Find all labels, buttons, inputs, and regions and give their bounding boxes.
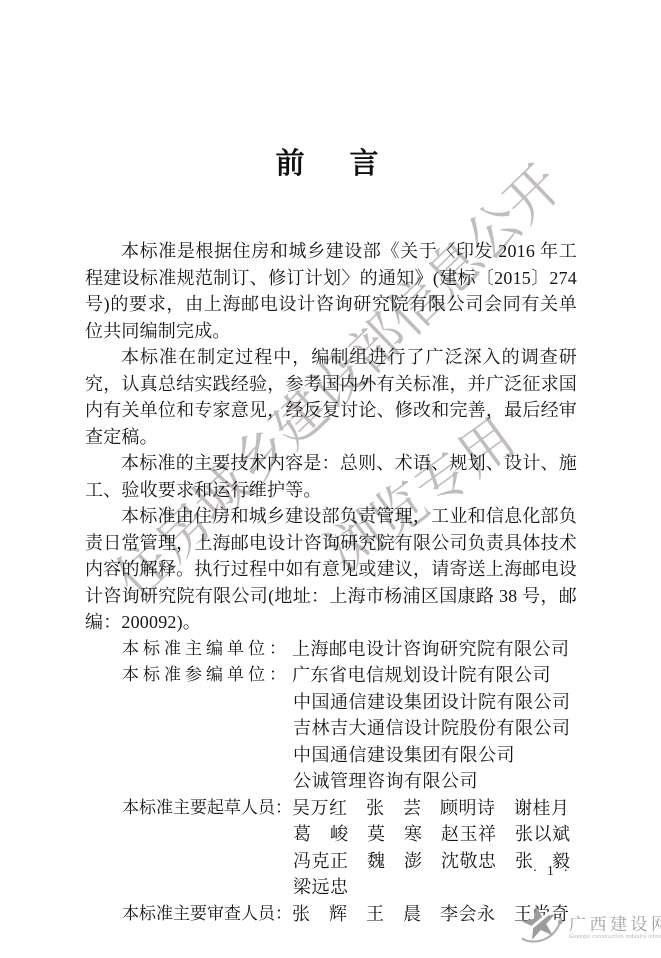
logo-text-block: 广西建设网 Guangxi construction industry info… (569, 915, 661, 941)
page-number: · 1 · (533, 864, 571, 880)
drafters-names-row: 葛 峻 莫 寒 赵玉祥 张以斌 (85, 821, 577, 848)
co-editor-extra-row: 公诚管理咨询有限公司 (85, 768, 577, 795)
foreword-paragraph-1: 本标准是根据住房和城乡建设部《关于〈印发 2016 年工程建设标准规范制订、修订… (85, 238, 577, 344)
co-editor-value: 广东省电信规划设计院有限公司 (292, 662, 551, 689)
page-content: 前 言 本标准是根据住房和城乡建设部《关于〈印发 2016 年工程建设标准规范制… (85, 148, 577, 927)
reviewers-row: 本标准主要审查人员： 张 辉 王 晨 李会永 王尚奇 (85, 901, 577, 928)
co-editor-extra-row: 中国通信建设集团设计院有限公司 (85, 689, 577, 716)
document-page: 住房城乡建设部信息公开 浏览专用 前 言 本标准是根据住房和城乡建设部《关于〈印… (0, 0, 661, 958)
drafters-row: 本标准主要起草人员： 吴万红 张 芸 顾明诗 谢桂月 (85, 795, 577, 822)
chief-editor-row: 本标准主编单位： 上海邮电设计咨询研究院有限公司 (85, 636, 577, 663)
drafters-label: 本标准主要起草人员： (122, 795, 292, 822)
co-editor-extra-row: 中国通信建设集团有限公司 (85, 742, 577, 769)
star-swoosh-icon (518, 901, 564, 952)
chief-editor-label: 本标准主编单位： (122, 636, 292, 663)
drafters-names-row: 冯克正 魏 澎 沈敬忠 张 毅 (85, 848, 577, 875)
site-logo: 广西建设网 Guangxi construction industry info… (518, 901, 661, 952)
co-editor-row: 本标准参编单位： 广东省电信规划设计院有限公司 (85, 662, 577, 689)
co-editor-extra-row: 吉林吉大通信设计院股份有限公司 (85, 715, 577, 742)
foreword-paragraph-2: 本标准在制定过程中，编制组进行了广泛深入的调查研究，认真总结实践经验，参考国内外… (85, 344, 577, 450)
chief-editor-value: 上海邮电设计咨询研究院有限公司 (292, 636, 570, 663)
page-title: 前 言 (85, 148, 577, 180)
foreword-paragraph-4: 本标准由住房和城乡建设部负责管理，工业和信息化部负责日常管理，上海邮电设计咨询研… (85, 503, 577, 636)
drafters-names-row: 梁远忠 (85, 874, 577, 901)
reviewers-label: 本标准主要审查人员： (122, 901, 292, 928)
co-editor-label: 本标准参编单位： (122, 662, 292, 689)
drafters-names: 吴万红 张 芸 顾明诗 谢桂月 (292, 795, 570, 822)
logo-name: 广西建设网 (569, 915, 661, 934)
foreword-paragraph-3: 本标准的主要技术内容是：总则、术语、规划、设计、施工、验收要求和运行维护等。 (85, 450, 577, 503)
logo-tagline: Guangxi construction industry informatio… (569, 934, 661, 941)
